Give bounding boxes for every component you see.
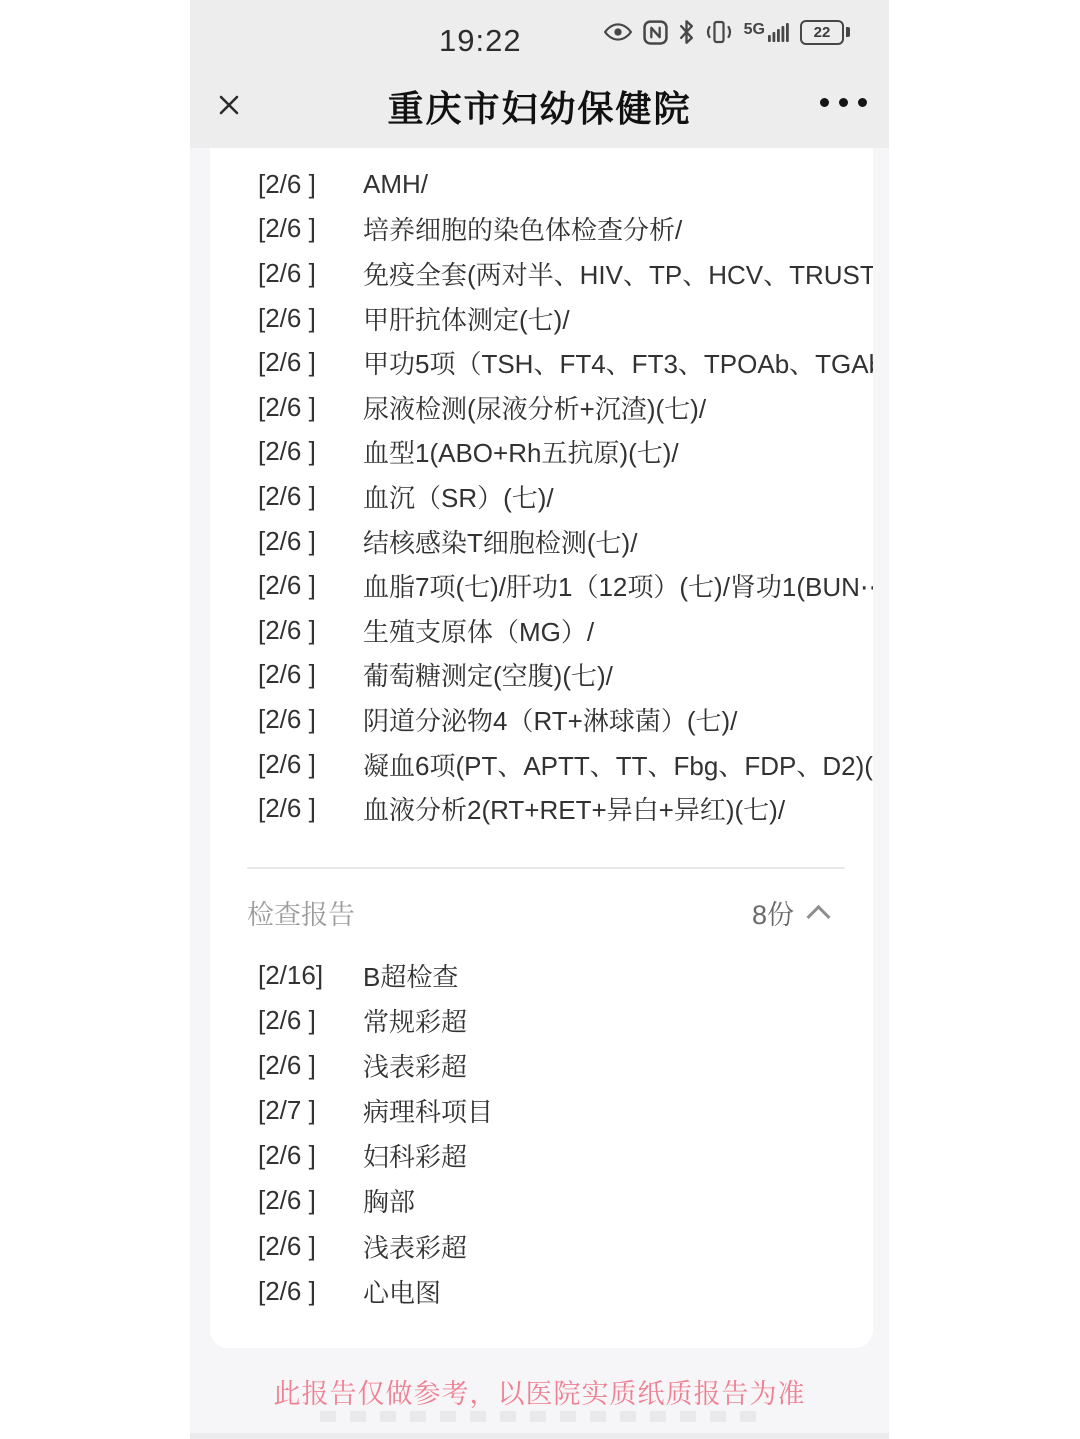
report-row[interactable]: [2/6 ] 血沉（SR）(七)/ <box>210 474 873 519</box>
disclaimer-text: 此报告仅做参考，以医院实质纸质报告为准 <box>190 1372 889 1411</box>
report-row[interactable]: [2/6 ] 心电图 <box>210 1269 873 1314</box>
report-row[interactable]: [2/6 ] 葡萄糖测定(空腹)(七)/ <box>210 653 873 698</box>
report-date-prefix: [2/6 ] <box>258 258 363 289</box>
report-date-prefix: [2/6 ] <box>258 1231 363 1262</box>
signal-icon: 5G <box>744 22 789 42</box>
report-name: 血液分析2(RT+RET+异白+异红)(七)/ <box>363 790 873 827</box>
report-count: 8份 <box>752 893 794 932</box>
report-name: 血型1(ABO+Rh五抗原)(七)/ <box>363 433 873 470</box>
report-row[interactable]: [2/6 ] 培养细胞的染色体检查分析/ <box>210 207 873 252</box>
nfc-icon <box>643 20 668 45</box>
report-name: 葡萄糖测定(空腹)(七)/ <box>363 656 873 693</box>
report-date-prefix: [2/6 ] <box>258 749 363 780</box>
report-date-prefix: [2/6 ] <box>258 659 363 690</box>
report-date-prefix: [2/6 ] <box>258 1276 363 1307</box>
report-date-prefix: [2/6 ] <box>258 526 363 557</box>
report-date-prefix: [2/6 ] <box>258 615 363 646</box>
header-bar: 重庆市妇幼保健院 <box>190 64 889 148</box>
more-menu-icon[interactable] <box>820 98 867 107</box>
battery-level: 22 <box>814 24 831 41</box>
report-date-prefix: [2/6 ] <box>258 1185 363 1216</box>
report-row[interactable]: [2/6 ] 胸部 <box>210 1178 873 1223</box>
phone-screen: 19:22 5G 22 <box>190 0 889 1439</box>
section-count-group: 8份 <box>752 893 827 932</box>
report-name: 血沉（SR）(七)/ <box>363 478 873 515</box>
report-date-prefix: [2/6 ] <box>258 392 363 423</box>
report-name: 甲功5项（TSH、FT4、FT3、TPOAb、TGAb⋯ <box>363 344 873 381</box>
more-dot <box>820 98 829 107</box>
top-chrome: 19:22 5G 22 <box>190 0 889 148</box>
report-date-prefix: [2/6 ] <box>258 347 363 378</box>
lab-report-list: [2/6 ] AMH/ [2/6 ] 培养细胞的染色体检查分析/ [2/6 ] … <box>210 162 873 831</box>
battery-icon: 22 <box>800 20 850 45</box>
report-name: 阴道分泌物4（RT+淋球菌）(七)/ <box>363 701 873 738</box>
report-name: 免疫全套(两对半、HIV、TP、HCV、TRUST)⋯ <box>363 255 873 292</box>
report-row[interactable]: [2/6 ] 常规彩超 <box>210 998 873 1043</box>
status-bar: 19:22 5G 22 <box>190 0 889 64</box>
report-date-prefix: [2/6 ] <box>258 213 363 244</box>
report-date-prefix: [2/6 ] <box>258 303 363 334</box>
report-name: 病理科项目 <box>363 1092 873 1129</box>
report-row[interactable]: [2/6 ] 凝血6项(PT、APTT、TT、Fbg、FDP、D2)(⋯ <box>210 742 873 787</box>
report-name: AMH/ <box>363 169 873 200</box>
report-row[interactable]: [2/6 ] 血型1(ABO+Rh五抗原)(七)/ <box>210 430 873 475</box>
status-icons: 5G 22 <box>604 14 850 50</box>
report-date-prefix: [2/6 ] <box>258 704 363 735</box>
report-name: 血脂7项(七)/肝功1（12项）(七)/肾功1(BUN⋯ <box>363 567 873 604</box>
report-date-prefix: [2/16] <box>258 960 363 991</box>
report-date-prefix: [2/6 ] <box>258 169 363 200</box>
report-name: 培养细胞的染色体检查分析/ <box>363 210 873 247</box>
exam-section-header[interactable]: 检查报告 8份 <box>210 891 873 935</box>
footer: 此报告仅做参考，以医院实质纸质报告为准 <box>190 1348 889 1439</box>
report-row[interactable]: [2/6 ] 免疫全套(两对半、HIV、TP、HCV、TRUST)⋯ <box>210 251 873 296</box>
report-name: 浅表彩超 <box>363 1228 873 1265</box>
report-date-prefix: [2/6 ] <box>258 436 363 467</box>
report-name: 妇科彩超 <box>363 1137 873 1174</box>
report-name: 常规彩超 <box>363 1002 873 1039</box>
report-date-prefix: [2/7 ] <box>258 1095 363 1126</box>
bottom-strip <box>190 1433 889 1439</box>
eye-icon <box>604 22 632 42</box>
report-name: 尿液检测(尿液分析+沉渣)(七)/ <box>363 389 873 426</box>
report-name: 结核感染T细胞检测(七)/ <box>363 523 873 560</box>
report-date-prefix: [2/6 ] <box>258 1050 363 1081</box>
chevron-up-icon <box>806 905 830 929</box>
exam-report-list: [2/16] B超检查 [2/6 ] 常规彩超 [2/6 ] 浅表彩超 [2/7… <box>210 953 873 1314</box>
report-date-prefix: [2/6 ] <box>258 570 363 601</box>
report-card: [2/6 ] AMH/ [2/6 ] 培养细胞的染色体检查分析/ [2/6 ] … <box>210 148 873 1348</box>
report-row[interactable]: [2/6 ] 结核感染T细胞检测(七)/ <box>210 519 873 564</box>
report-date-prefix: [2/6 ] <box>258 793 363 824</box>
bluetooth-icon <box>679 19 694 45</box>
more-dot <box>839 98 848 107</box>
report-name: B超检查 <box>363 957 873 994</box>
report-row[interactable]: [2/16] B超检查 <box>210 953 873 998</box>
section-title: 检查报告 <box>247 893 355 932</box>
vibrate-icon <box>705 20 733 44</box>
report-row[interactable]: [2/6 ] 生殖支原体（MG）/ <box>210 608 873 653</box>
report-row[interactable]: [2/6 ] 阴道分泌物4（RT+淋球菌）(七)/ <box>210 697 873 742</box>
report-name: 浅表彩超 <box>363 1047 873 1084</box>
battery-nub <box>846 27 850 37</box>
report-name: 生殖支原体（MG）/ <box>363 612 873 649</box>
report-row[interactable]: [2/6 ] 血脂7项(七)/肝功1（12项）(七)/肾功1(BUN⋯ <box>210 563 873 608</box>
report-date-prefix: [2/6 ] <box>258 1140 363 1171</box>
watermark-marks <box>320 1411 760 1422</box>
report-row[interactable]: [2/6 ] 浅表彩超 <box>210 1223 873 1268</box>
report-date-prefix: [2/6 ] <box>258 1005 363 1036</box>
report-row[interactable]: [2/6 ] 甲功5项（TSH、FT4、FT3、TPOAb、TGAb⋯ <box>210 340 873 385</box>
report-row[interactable]: [2/6 ] 妇科彩超 <box>210 1133 873 1178</box>
report-row[interactable]: [2/6 ] 尿液检测(尿液分析+沉渣)(七)/ <box>210 385 873 430</box>
more-dot <box>858 98 867 107</box>
report-name: 甲肝抗体测定(七)/ <box>363 300 873 337</box>
report-row[interactable]: [2/6 ] 甲肝抗体测定(七)/ <box>210 296 873 341</box>
network-label: 5G <box>744 22 765 42</box>
page-title: 重庆市妇幼保健院 <box>190 64 889 148</box>
report-row[interactable]: [2/6 ] 浅表彩超 <box>210 1043 873 1088</box>
report-row[interactable]: [2/6 ] AMH/ <box>210 162 873 207</box>
report-name: 凝血6项(PT、APTT、TT、Fbg、FDP、D2)(⋯ <box>363 746 873 783</box>
section-divider <box>247 867 845 869</box>
report-name: 胸部 <box>363 1182 873 1219</box>
report-row[interactable]: [2/6 ] 血液分析2(RT+RET+异白+异红)(七)/ <box>210 786 873 831</box>
report-row[interactable]: [2/7 ] 病理科项目 <box>210 1088 873 1133</box>
report-date-prefix: [2/6 ] <box>258 481 363 512</box>
report-name: 心电图 <box>363 1273 873 1310</box>
status-time: 19:22 <box>439 23 522 59</box>
